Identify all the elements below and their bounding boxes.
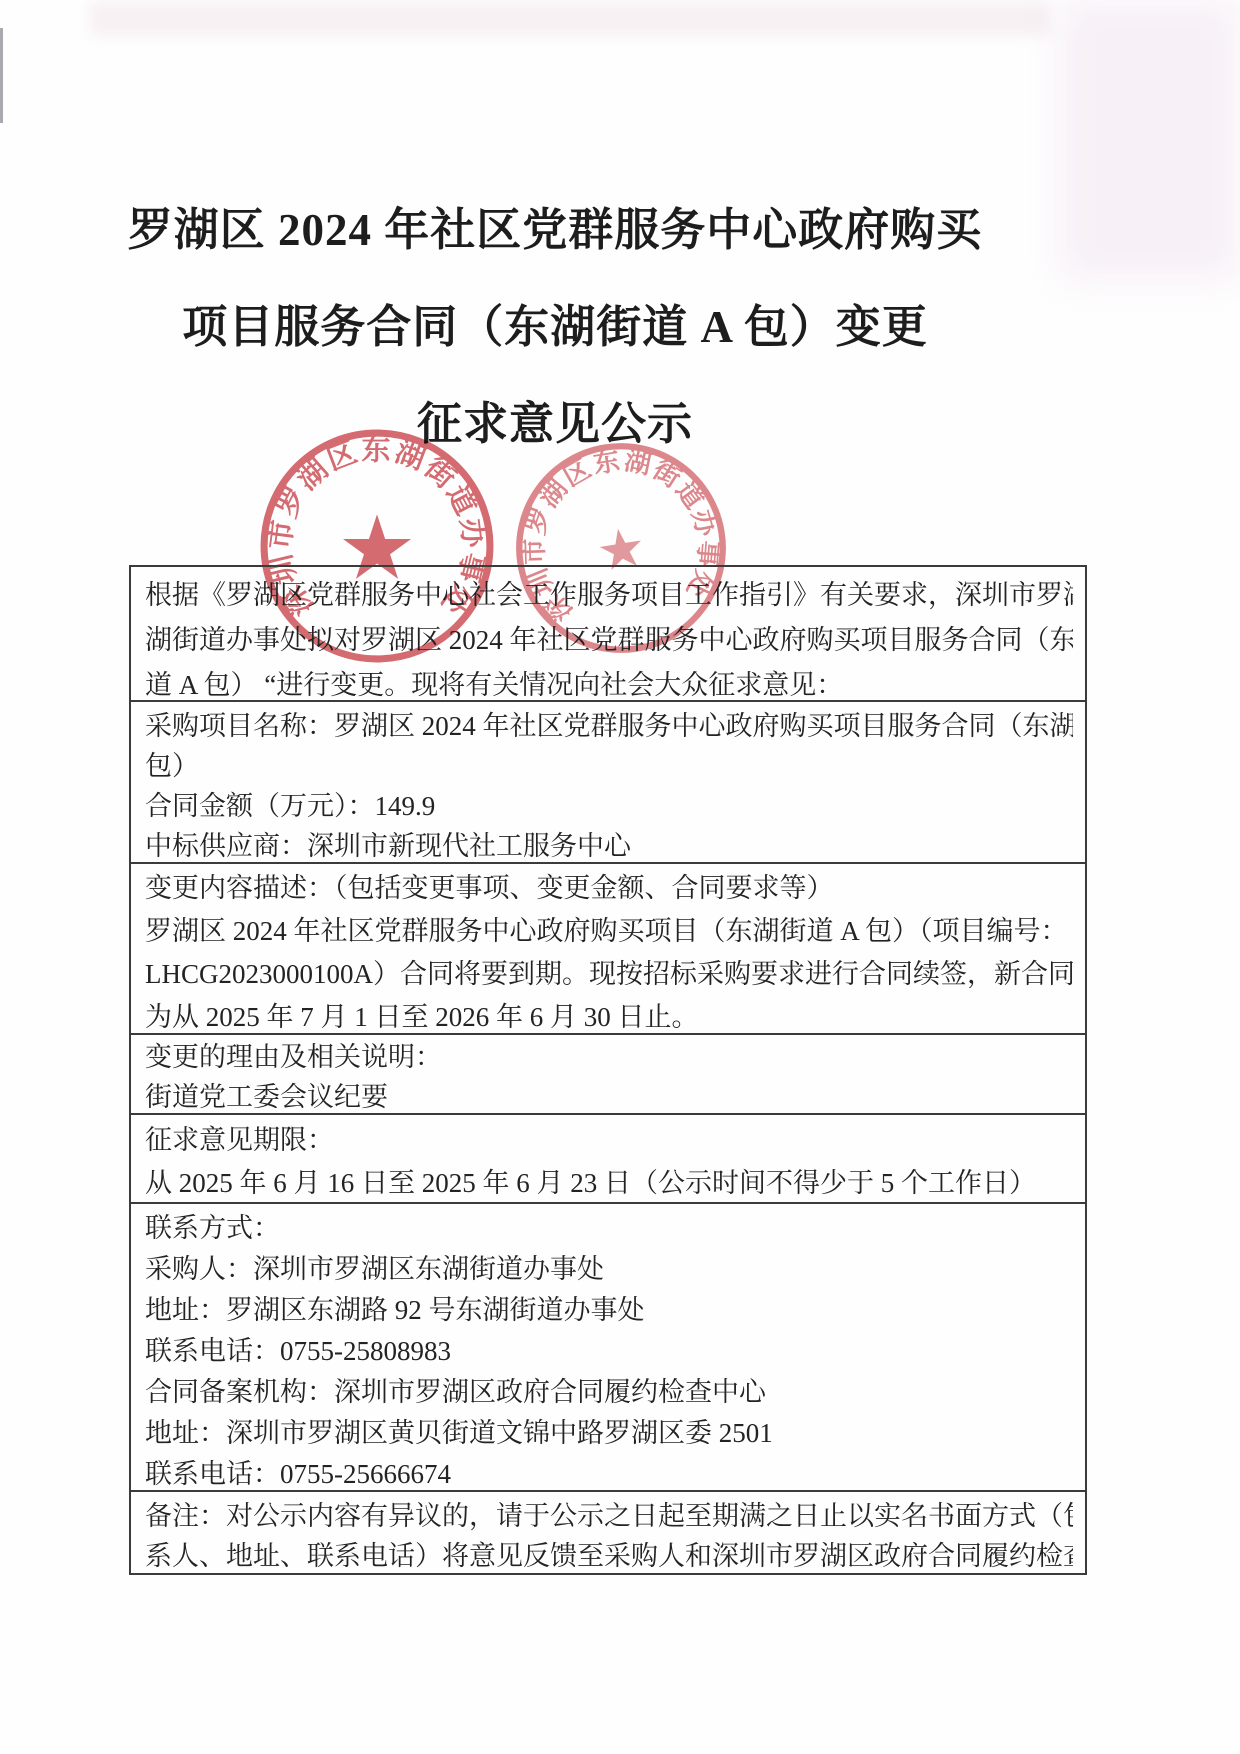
- text-line: LHCG2023000100A）合同将要到期。现按招标采购要求进行合同续签，新合…: [145, 953, 1073, 996]
- text-line: 变更的理由及相关说明：: [145, 1037, 1073, 1077]
- title-line-3: 征求意见公示: [80, 387, 1030, 452]
- text-line: 地址：深圳市罗湖区黄贝街道文锦中路罗湖区委 2501: [145, 1413, 1073, 1454]
- table-row-change-reason: 变更的理由及相关说明： 街道党工委会议纪要: [131, 1033, 1085, 1113]
- text-line: 采购人：深圳市罗湖区东湖街道办事处: [145, 1249, 1073, 1290]
- title-line-2: 项目服务合同（东湖街道 A 包）变更: [80, 290, 1030, 355]
- scan-artifact: [0, 28, 3, 123]
- text-line: 罗湖区 2024 年社区党群服务中心政府购买项目（东湖街道 A 包）（项目编号：: [145, 910, 1073, 953]
- text-line: 街道党工委会议纪要: [145, 1077, 1073, 1117]
- text-line: 征求意见期限：: [145, 1119, 1073, 1162]
- scan-artifact: [90, 2, 1050, 36]
- table-row-change-description: 变更内容描述：（包括变更事项、变更金额、合同要求等） 罗湖区 2024 年社区党…: [131, 862, 1085, 1033]
- title-line-1: 罗湖区 2024 年社区党群服务中心政府购买: [80, 193, 1030, 258]
- text-line: 联系电话：0755-25666674: [145, 1454, 1073, 1495]
- scan-artifact: [1060, 0, 1240, 280]
- table-row-remarks: 备注：对公示内容有异议的，请于公示之日起至期满之日止以实名书面方式（包括联 系人…: [131, 1490, 1085, 1575]
- text-line: 联系电话：0755-25808983: [145, 1331, 1073, 1372]
- text-line: 根据《罗湖区党群服务中心社会工作服务项目工作指引》有关要求，深圳市罗湖区东: [145, 573, 1073, 618]
- table-row-contact-info: 联系方式： 采购人：深圳市罗湖区东湖街道办事处 地址：罗湖区东湖路 92 号东湖…: [131, 1202, 1085, 1490]
- text-line: 包）: [145, 746, 1073, 786]
- text-line: 地址：罗湖区东湖路 92 号东湖街道办事处: [145, 1290, 1073, 1331]
- scanned-notice-page: 罗湖区 2024 年社区党群服务中心政府购买 项目服务合同（东湖街道 A 包）变…: [0, 0, 1240, 1754]
- text-line: 系人、地址、联系电话）将意见反馈至采购人和深圳市罗湖区政府合同履约检查中心。: [145, 1536, 1073, 1576]
- text-line: 联系方式：: [145, 1208, 1073, 1249]
- text-line: 湖街道办事处拟对罗湖区 2024 年社区党群服务中心政府购买项目服务合同（东湖街: [145, 618, 1073, 663]
- text-line: 合同备案机构：深圳市罗湖区政府合同履约检查中心: [145, 1372, 1073, 1413]
- text-line: 合同金额（万元）：149.9: [145, 786, 1073, 826]
- text-line: 变更内容描述：（包括变更事项、变更金额、合同要求等）: [145, 867, 1073, 910]
- text-line: 采购项目名称：罗湖区 2024 年社区党群服务中心政府购买项目服务合同（东湖街道…: [145, 706, 1073, 746]
- text-line: 从 2025 年 6 月 16 日至 2025 年 6 月 23 日（公示时间不…: [145, 1162, 1073, 1205]
- text-line: 中标供应商：深圳市新现代社工服务中心: [145, 826, 1073, 866]
- text-line: 备注：对公示内容有异议的，请于公示之日起至期满之日止以实名书面方式（包括联: [145, 1496, 1073, 1536]
- table-row-project-info: 采购项目名称：罗湖区 2024 年社区党群服务中心政府购买项目服务合同（东湖街道…: [131, 700, 1085, 862]
- notice-table: 根据《罗湖区党群服务中心社会工作服务项目工作指引》有关要求，深圳市罗湖区东 湖街…: [129, 565, 1087, 1575]
- table-row-comment-period: 征求意见期限： 从 2025 年 6 月 16 日至 2025 年 6 月 23…: [131, 1113, 1085, 1202]
- table-row-intro: 根据《罗湖区党群服务中心社会工作服务项目工作指引》有关要求，深圳市罗湖区东 湖街…: [131, 567, 1085, 700]
